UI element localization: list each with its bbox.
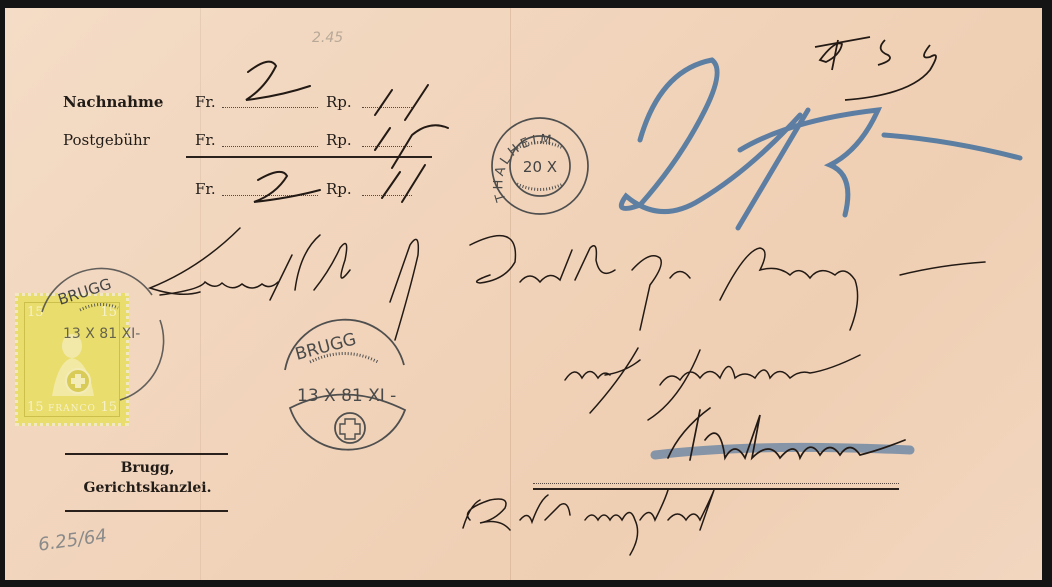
address-line-3-crossed [655,408,910,460]
blue-crayon-215 [621,60,1020,228]
address-line-2 [565,348,860,420]
number-n59 [815,37,936,100]
handwritten-amounts [246,62,448,202]
svg-text:13 X 81 XI -: 13 X 81 XI - [297,386,396,406]
pencil-note-top: 2.45 [312,30,343,46]
svg-text:BRUGG: BRUGG [293,329,358,364]
svg-text:20 X: 20 X [523,158,557,176]
note-nicht-eingeloest [463,490,714,555]
svg-text:13 X 81 XI-: 13 X 81 XI- [63,326,140,342]
handwriting-layer: BRUGG 13 X 81 XI- BRUGG 13 X 81 XI - THA… [0,0,1052,587]
address-line-1 [150,228,985,340]
